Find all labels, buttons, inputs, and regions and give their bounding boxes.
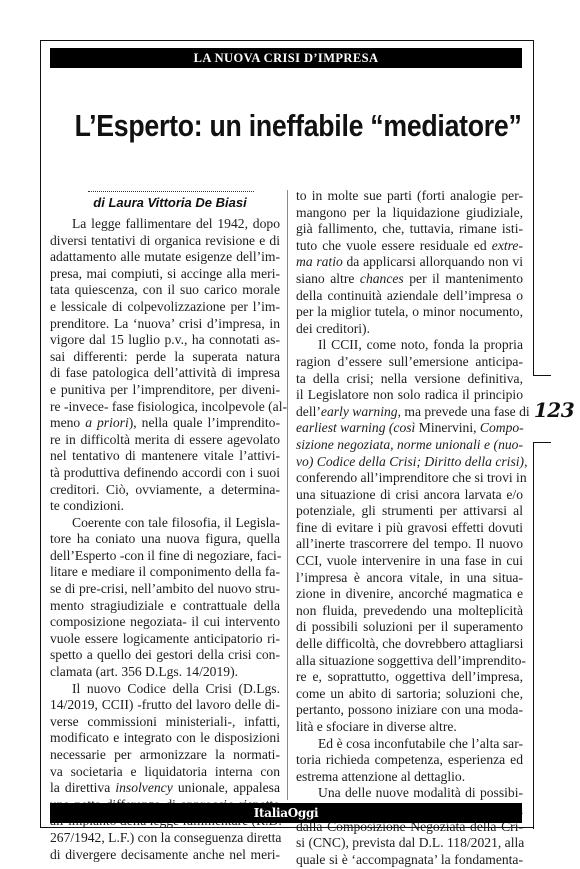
text-line: Il nuovo Codice della Crisi (D.Lgs. bbox=[50, 681, 280, 698]
text-line: nel tentativo di mantenere vitale l’atti… bbox=[50, 448, 280, 465]
text-line: vigore dal 15 luglio p.v., ha connotati … bbox=[50, 332, 280, 349]
text-line: earliest warning (così Minervini, Compo- bbox=[296, 420, 523, 437]
text-line: mento stragiudiziale e contrattuale dell… bbox=[50, 598, 280, 615]
text-line: alla situazione soggettiva dell’imprendi… bbox=[296, 653, 523, 670]
text-line: e punitiva per l’imprenditore, per diven… bbox=[50, 382, 280, 399]
text-line: il Legislatore non solo radica il princi… bbox=[296, 387, 523, 404]
text-line: per la miglior tutela, o minor nocumento… bbox=[296, 304, 523, 321]
text-line: prenditore. La ‘nuova’ crisi d’impresa, … bbox=[50, 316, 280, 333]
text-line: necessarie per armonizzare la normati- bbox=[50, 747, 280, 764]
text-line: tuto che vuole essere residuale ed extre… bbox=[296, 238, 523, 255]
text-line: litare e mediare il componimento della f… bbox=[50, 564, 280, 581]
text-line: ta della crisi; nella versione definitiv… bbox=[296, 371, 523, 388]
text-line: meno a priori), nella quale l’imprendito… bbox=[50, 415, 280, 432]
text-line: composizione negoziata- il cui intervent… bbox=[50, 614, 280, 631]
page-frame-top bbox=[40, 40, 534, 41]
text-line: se di pre-crisi, nell’ambito del nuovo s… bbox=[50, 581, 280, 598]
text-line: Il CCII, come noto, fonda la propria bbox=[296, 337, 523, 354]
text-line: già fallimento, che, tuttavia, rimane is… bbox=[296, 221, 523, 238]
article-title: L’Esperto: un ineffabile “mediatore” bbox=[75, 108, 500, 144]
text-line: re in difficoltà merita di essere agevol… bbox=[50, 432, 280, 449]
text-line: della continuità aziendale dell’impresa … bbox=[296, 288, 523, 305]
section-header: LA NUOVA CRISI D’IMPRESA bbox=[194, 51, 379, 66]
text-line: dell’early warning, ma prevede una fase … bbox=[296, 404, 523, 421]
text-line: fine di evitare i più gravosi effetti do… bbox=[296, 520, 523, 537]
page-frame-right-lower bbox=[533, 442, 551, 829]
right-column: to in molte sue parti (forti analogie pe… bbox=[296, 188, 523, 868]
text-line: dei creditori). bbox=[296, 321, 523, 338]
text-line: toria richieda competenza, esperienza ed bbox=[296, 752, 523, 769]
text-line: di fase patologica dell’attività di impr… bbox=[50, 365, 280, 382]
footer-bar: ItaliaOggi bbox=[50, 803, 522, 823]
text-line: non fluida, prevedendo una molteplicità bbox=[296, 603, 523, 620]
text-line: mangono per la liquidazione giudiziale, bbox=[296, 205, 523, 222]
byline-rule bbox=[88, 191, 254, 192]
text-line: tata quiescenza, con il suo carico moral… bbox=[50, 282, 280, 299]
page-frame-right-upper bbox=[533, 40, 551, 376]
text-line: sizione negoziata, norme unionali e (nuo… bbox=[296, 437, 523, 454]
text-line: vo) Codice della Crisi; Diritto della cr… bbox=[296, 454, 523, 471]
text-line: di possibili soluzioni per il superament… bbox=[296, 619, 523, 636]
text-line: la direttiva insolvency unionale, appale… bbox=[50, 780, 280, 797]
text-line: potenziale, gli strumenti per attivarsi … bbox=[296, 503, 523, 520]
column-divider bbox=[287, 190, 288, 800]
text-line: pertanto, possono iniziare con una moda- bbox=[296, 702, 523, 719]
text-line: spetto a quello dei gestori della crisi … bbox=[50, 647, 280, 664]
text-line: CCI, vuole intervenire in una fase in cu… bbox=[296, 553, 523, 570]
text-line: tà produttiva definendo accordi con i su… bbox=[50, 465, 280, 482]
byline: di Laura Vittoria De Biasi bbox=[50, 195, 290, 210]
text-line: si (CNC), prevista dal D.L. 118/2021, al… bbox=[296, 835, 523, 852]
text-line: dell’Esperto -con il fine di negoziare, … bbox=[50, 548, 280, 565]
text-line: conferendo all’imprenditore che si trovi… bbox=[296, 470, 523, 487]
left-column: La legge fallimentare del 1942, dopodive… bbox=[50, 216, 280, 863]
text-line: zione in divenire, ancorché magmatica e bbox=[296, 586, 523, 603]
text-line: adattamento alle mutate esigenze dell’im… bbox=[50, 249, 280, 266]
text-line: re e, soprattutto, oggettiva dell’impres… bbox=[296, 669, 523, 686]
text-line: estrema attenzione al dettaglio. bbox=[296, 769, 523, 786]
text-line: creditori. Ciò, ovviamente, a determina- bbox=[50, 482, 280, 499]
text-line: all’inerte trascorrere del tempo. Il nuo… bbox=[296, 536, 523, 553]
text-line: quale si è ‘accompagnata’ la fondamenta- bbox=[296, 852, 523, 869]
text-line: l’impresa è ancora vitale, in una situa- bbox=[296, 570, 523, 587]
text-line: una situazione di crisi ancora larvata e… bbox=[296, 487, 523, 504]
text-line: La legge fallimentare del 1942, dopo bbox=[50, 216, 280, 233]
text-line: verse commissioni ministeriali-, infatti… bbox=[50, 714, 280, 731]
text-line: ragion d’essere sull’emersione anticipa- bbox=[296, 354, 523, 371]
text-line: siano altre chances per il mantenimento bbox=[296, 271, 523, 288]
text-line: to in molte sue parti (forti analogie pe… bbox=[296, 188, 523, 205]
section-header-bar: LA NUOVA CRISI D’IMPRESA bbox=[50, 48, 522, 68]
page-frame-left bbox=[40, 40, 41, 828]
text-line: di divergere decisamente anche nel meri- bbox=[50, 847, 280, 864]
text-line: ma ratio da applicarsi allorquando non v… bbox=[296, 254, 523, 271]
text-line: 267/1942, L.F.) con la conseguenza diret… bbox=[50, 830, 280, 847]
text-line: va societaria e liquidatoria interna con bbox=[50, 764, 280, 781]
text-line: clamata (art. 356 D.Lgs. 14/2019). bbox=[50, 664, 280, 681]
text-line: delle difficoltà, che dovrebbero attagli… bbox=[296, 636, 523, 653]
text-line: lità e sfociare in diverse altre. bbox=[296, 719, 523, 736]
text-line: re -invece- fase fisiologica, incolpevol… bbox=[50, 399, 280, 416]
text-line: te condizioni. bbox=[50, 498, 280, 515]
text-line: Coerente con tale filosofia, il Legisla- bbox=[50, 515, 280, 532]
text-line: tore ha coniato una nuova figura, quella bbox=[50, 531, 280, 548]
publication-logo: ItaliaOggi bbox=[254, 806, 319, 820]
text-line: diversi tentativi di organica revisione … bbox=[50, 233, 280, 250]
text-line: sai differenti: perde la superata natura bbox=[50, 349, 280, 366]
text-line: Ed è cosa inconfutabile che l’alta sar- bbox=[296, 736, 523, 753]
page-number: 123 bbox=[532, 398, 576, 422]
text-line: vuole essere logicamente anticipatorio r… bbox=[50, 631, 280, 648]
text-line: 14/2019, CCII) -frutto del lavoro delle … bbox=[50, 697, 280, 714]
text-line: presa, mai compiuti, si accinge alla mer… bbox=[50, 266, 280, 283]
text-line: come un abito di sartoria; soluzioni che… bbox=[296, 686, 523, 703]
text-line: modificato e integrato con le disposizio… bbox=[50, 730, 280, 747]
text-line: e lessicale di colpevolizzazione per l’i… bbox=[50, 299, 280, 316]
text-line: Una delle nuove modalità di possibi- bbox=[296, 785, 523, 802]
